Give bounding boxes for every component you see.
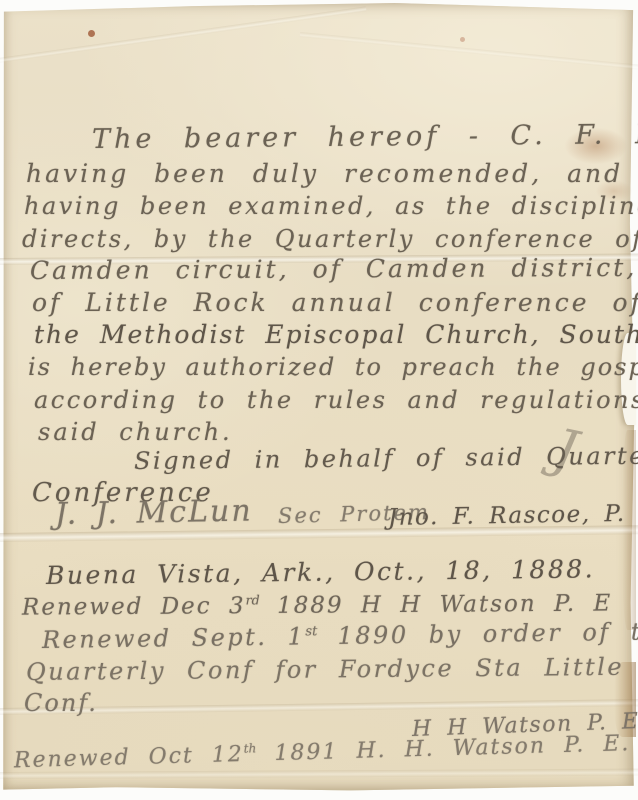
renewal-1890-line3: Conf. xyxy=(24,689,98,717)
body-line-4: directs, by the Quarterly conference of xyxy=(22,225,638,253)
signature-presiding-elder: Jno. F. Rascoe, P. C. xyxy=(388,500,638,531)
renewal-1889-rest: 1889 H H Watson P. E xyxy=(260,591,613,619)
body-line-1: The bearer hereof - C. F. B xyxy=(92,119,638,155)
renewal-entry-1889: Renewed Dec 3rd 1889 H H Watson P. E xyxy=(22,590,612,621)
faint-spot xyxy=(460,37,465,42)
body-line-5: Camden circuit, of Camden district, xyxy=(30,253,637,285)
renewal-1889-text: Renewed Dec 3 xyxy=(22,593,246,621)
renewal-1891-ordinal: th xyxy=(243,741,256,755)
renewal-1890-ordinal: st xyxy=(305,624,317,639)
rust-spot xyxy=(88,30,95,37)
body-line-8: is hereby authorized to preach the gospe… xyxy=(28,353,638,381)
renewal-1890-rest: 1890 by order of the xyxy=(317,617,638,650)
body-line-3: having been examined, as the discipline xyxy=(24,192,638,220)
body-line-6: of Little Rock annual conference of xyxy=(32,288,638,317)
renewal-1889-ordinal: rd xyxy=(245,592,259,607)
renewal-1890-line2: Quarterly Conf for Fordyce Sta Little Ro… xyxy=(26,652,638,686)
signature-secretary: J. J. McLun xyxy=(55,494,253,532)
body-line-2: having been duly recomended, and xyxy=(26,159,623,188)
body-line-7: the Methodist Episcopal Church, South, xyxy=(34,320,638,349)
body-line-10: said church. xyxy=(38,418,233,446)
renewal-1890-text: Renewed Sept. 1 xyxy=(42,622,306,654)
scanned-document: The bearer hereof - C. F. B having been … xyxy=(0,0,638,800)
body-line-9: according to the rules and regulations o… xyxy=(34,386,638,414)
